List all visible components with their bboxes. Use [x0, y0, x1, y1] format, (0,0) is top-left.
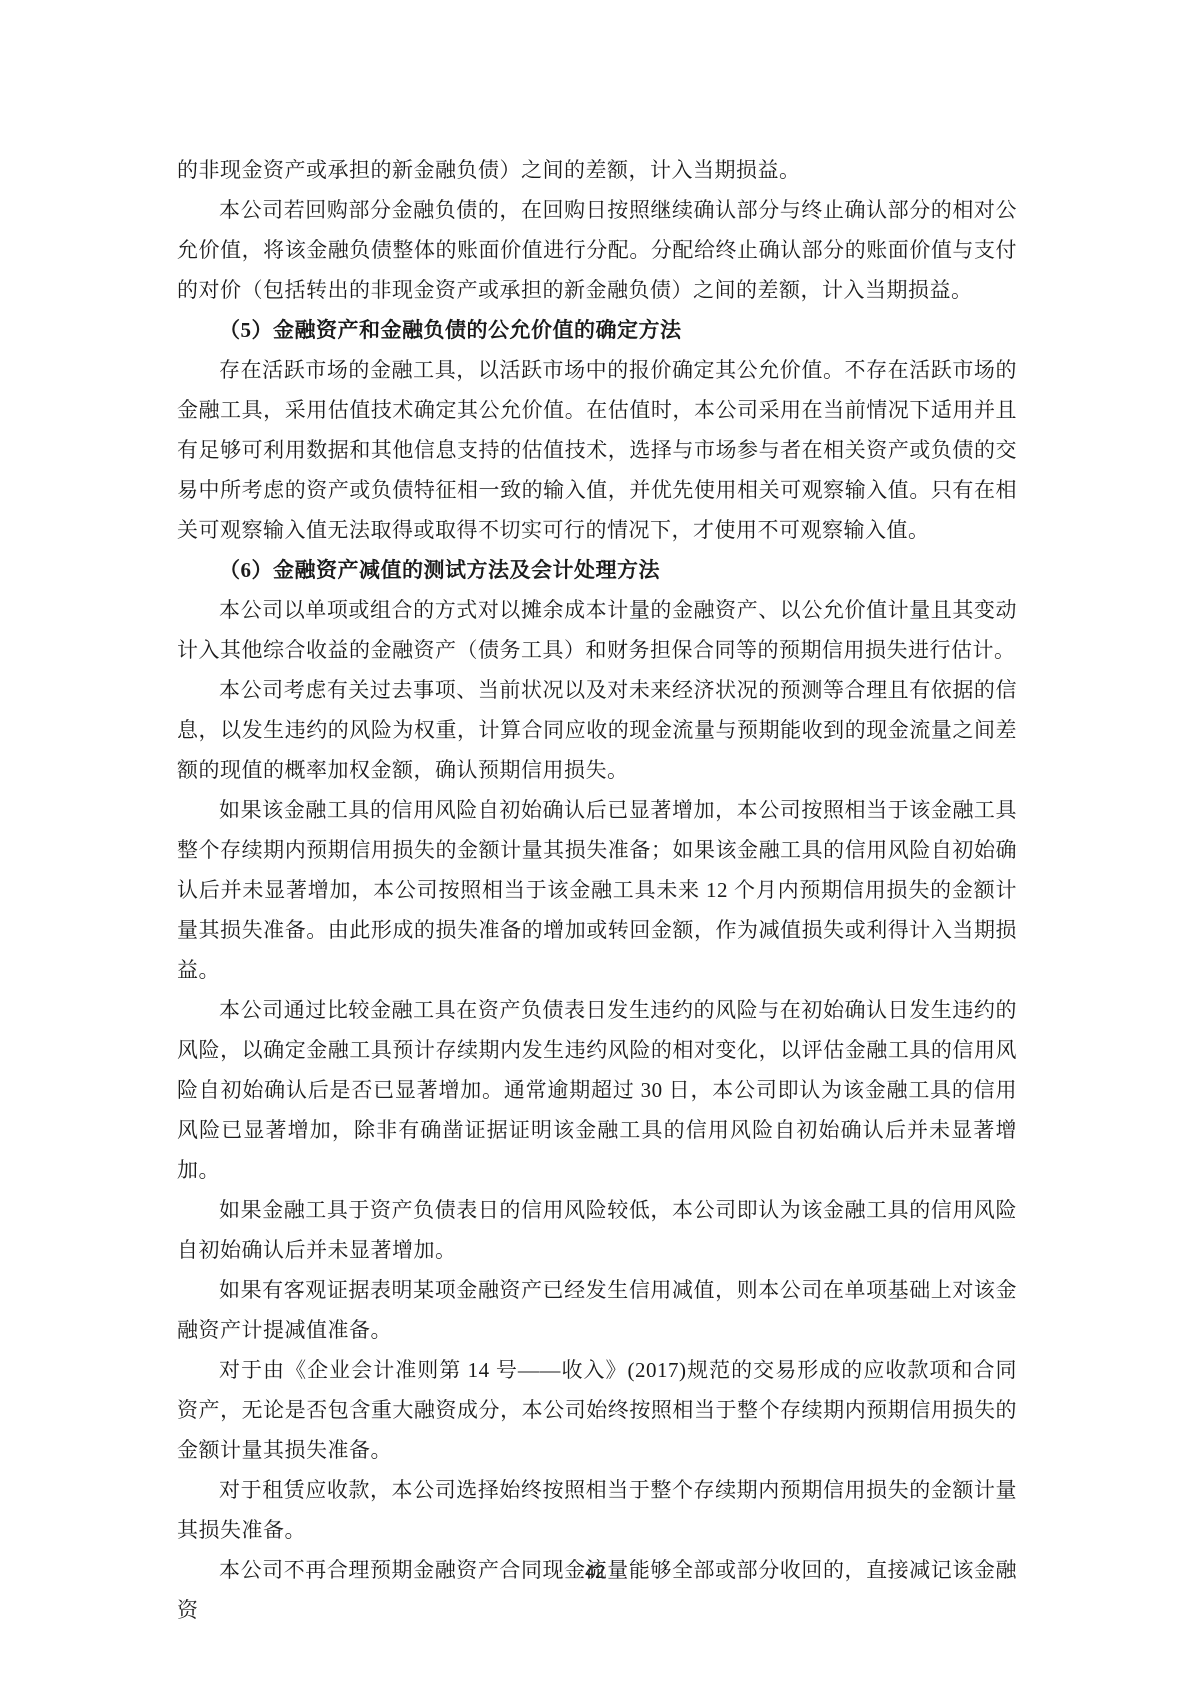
paragraph-default-risk-comparison: 本公司通过比较金融工具在资产负债表日发生违约的风险与在初始确认日发生违约的风险，… — [177, 990, 1017, 1190]
section-heading-6-impairment: （6）金融资产减值的测试方法及会计处理方法 — [177, 550, 1017, 590]
paragraph-low-credit-risk: 如果金融工具于资产负债表日的信用风险较低，本公司即认为该金融工具的信用风险自初始… — [177, 1190, 1017, 1270]
document-body: 的非现金资产或承担的新金融负债）之间的差额，计入当期损益。 本公司若回购部分金融… — [177, 150, 1017, 1630]
paragraph-ecl-scope: 本公司以单项或组合的方式对以摊余成本计量的金融资产、以公允价值计量且其变动计入其… — [177, 590, 1017, 670]
page-footer: 42 — [0, 1560, 1190, 1584]
document-page: 的非现金资产或承担的新金融负债）之间的差额，计入当期损益。 本公司若回购部分金融… — [0, 0, 1190, 1683]
page-number: 42 — [585, 1562, 605, 1582]
paragraph-lease-receivables: 对于租赁应收款，本公司选择始终按照相当于整个存续期内预期信用损失的金额计量其损失… — [177, 1470, 1017, 1550]
paragraph-fair-value-determination: 存在活跃市场的金融工具，以活跃市场中的报价确定其公允价值。不存在活跃市场的金融工… — [177, 350, 1017, 550]
paragraph-objective-evidence: 如果有客观证据表明某项金融资产已经发生信用减值，则本公司在单项基础上对该金融资产… — [177, 1270, 1017, 1350]
paragraph-ecl-measurement: 本公司考虑有关过去事项、当前状况以及对未来经济状况的预测等合理且有依据的信息，以… — [177, 670, 1017, 790]
paragraph-continuation: 的非现金资产或承担的新金融负债）之间的差额，计入当期损益。 — [177, 150, 1017, 190]
paragraph-receivables-contract-assets: 对于由《企业会计准则第 14 号——收入》(2017)规范的交易形成的应收款项和… — [177, 1350, 1017, 1470]
section-heading-5-fair-value: （5）金融资产和金融负债的公允价值的确定方法 — [177, 310, 1017, 350]
paragraph-repurchase-liability: 本公司若回购部分金融负债的，在回购日按照继续确认部分与终止确认部分的相对公允价值… — [177, 190, 1017, 310]
paragraph-credit-risk-increase: 如果该金融工具的信用风险自初始确认后已显著增加，本公司按照相当于该金融工具整个存… — [177, 790, 1017, 990]
